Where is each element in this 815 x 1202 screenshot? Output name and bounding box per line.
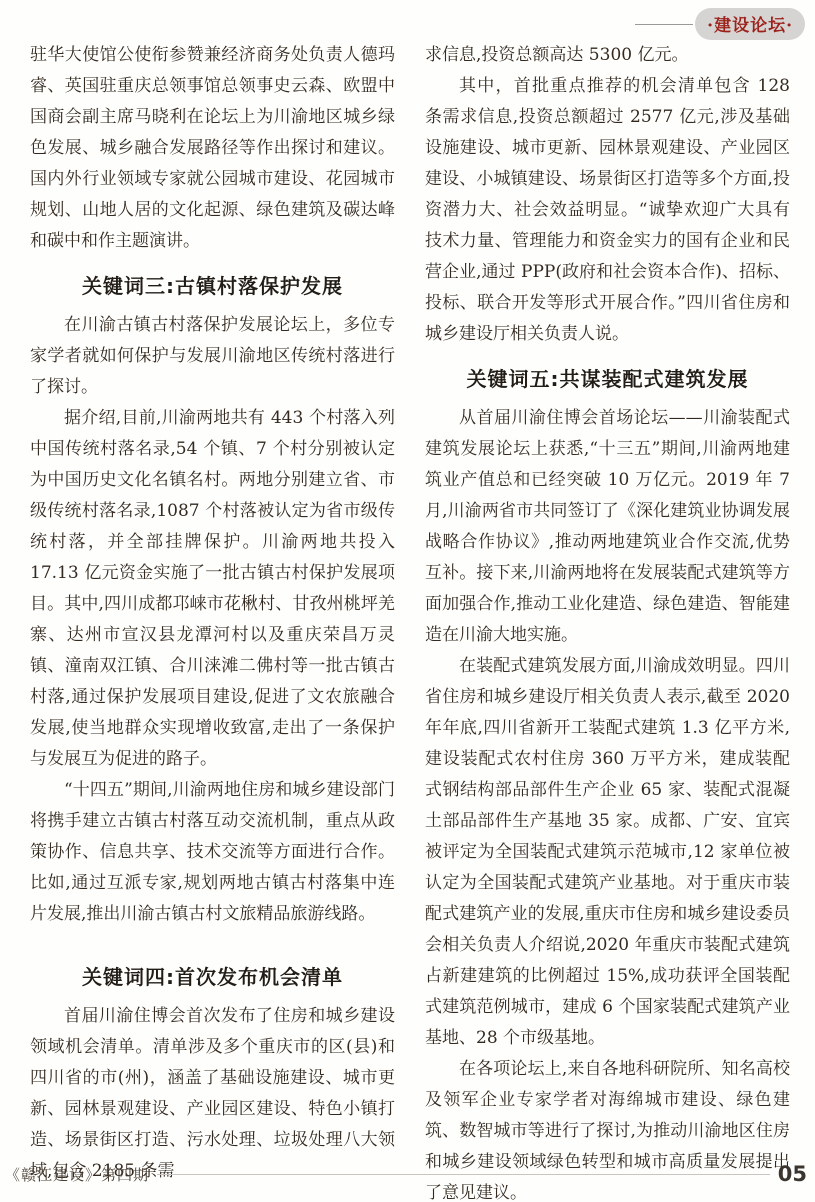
paragraph: 在川渝古镇古村落保护发展论坛上，多位专家学者就如何保护与发展川渝地区传统村落进行… xyxy=(30,310,395,403)
paragraph: 求信息,投资总额高达 5300 亿元。 xyxy=(425,40,790,71)
article-columns: 驻华大使馆公使衔参赞兼经济商务处负责人德玛睿、英国驻重庆总领事馆总领事史云森、欧… xyxy=(30,40,790,1202)
paragraph: 从首届川渝住博会首场论坛——川渝装配式建筑发展论坛上获悉,“十三五”期间,川渝两… xyxy=(425,403,790,651)
footer-rule xyxy=(157,1174,770,1175)
paragraph: 其中，首批重点推荐的机会清单包含 128 条需求信息,投资总额超过 2577 亿… xyxy=(425,71,790,350)
page-footer: 《赣江建设》第四期 05 xyxy=(5,1162,807,1186)
forum-badge-row: ·建设论坛· xyxy=(635,8,805,40)
paragraph: 驻华大使馆公使衔参赞兼经济商务处负责人德玛睿、英国驻重庆总领事馆总领事史云森、欧… xyxy=(30,40,395,257)
journal-title: 《赣江建设》第四期 xyxy=(5,1164,149,1185)
left-column: 驻华大使馆公使衔参赞兼经济商务处负责人德玛睿、英国驻重庆总领事馆总领事史云森、欧… xyxy=(30,40,395,1202)
paragraph: “十四五”期间,川渝两地住房和城乡建设部门将携手建立古镇古村落互动交流机制，重点… xyxy=(30,775,395,930)
paragraph: 据介绍,目前,川渝两地共有 443 个村落入列中国传统村落名录,54 个镇、7 … xyxy=(30,403,395,775)
badge-leader-line xyxy=(635,24,693,25)
paragraph: 首届川渝住博会首次发布了住房和城乡建设领域机会清单。清单涉及多个重庆市的区(县)… xyxy=(30,1001,395,1187)
page-number: 05 xyxy=(778,1162,807,1186)
section-heading-keyword-three: 关键词三:古镇村落保护发展 xyxy=(30,271,395,302)
section-heading-keyword-five: 关键词五:共谋装配式建筑发展 xyxy=(425,364,790,395)
magazine-page: ·建设论坛· 驻华大使馆公使衔参赞兼经济商务处负责人德玛睿、英国驻重庆总领事馆总… xyxy=(0,0,815,1202)
section-heading-keyword-four: 关键词四:首次发布机会清单 xyxy=(30,962,395,993)
paragraph: 在装配式建筑发展方面,川渝成效明显。四川省住房和城乡建设厅相关负责人表示,截至 … xyxy=(425,651,790,1054)
construction-forum-badge: ·建设论坛· xyxy=(695,8,805,40)
right-column: 求信息,投资总额高达 5300 亿元。 其中，首批重点推荐的机会清单包含 128… xyxy=(425,40,790,1202)
